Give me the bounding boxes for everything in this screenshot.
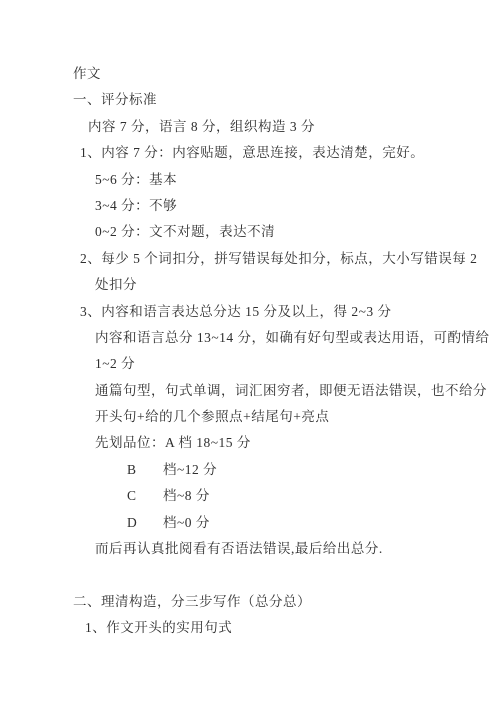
grade-row-b: B档~12 分 <box>73 457 460 483</box>
document-page: 作文 一、评分标准 内容 7 分，语言 8 分，组织构造 3 分 1、内容 7 … <box>0 0 500 708</box>
note-structure-formula: 开头句+给的几个参照点+结尾句+亮点 <box>95 404 460 430</box>
note-sentence-pattern: 通篇句型，句式单调，词汇困穷者，即便无语法错误，也不给分 <box>95 378 460 404</box>
grade-letter-b: B <box>127 457 163 483</box>
item1-text: 1、内容 7 分：内容贴题，意思连接，表达清楚，完好。 <box>80 140 460 166</box>
section1-closing: 而后再认真批阅看有否语法错误,最后给出总分. <box>95 536 460 562</box>
blank-line <box>73 562 460 588</box>
section2-heading: 二、理清构造，分三步写作（总分总） <box>73 589 460 615</box>
grade-text-c: 档~8 分 <box>163 488 210 503</box>
grade-text-d: 档~0 分 <box>163 515 210 530</box>
item1-band-1: 5~6 分：基本 <box>95 167 460 193</box>
grade-row-c: C档~8 分 <box>73 483 460 509</box>
item3-line-3: 1~2 分 <box>95 351 460 377</box>
grade-letter-c: C <box>127 483 163 509</box>
item2-line-1: 2、每少 5 个词扣分，拼写错误每处扣分，标点，大小写错误每 2 <box>80 246 460 272</box>
grade-row-d: D档~0 分 <box>73 510 460 536</box>
section1-heading: 一、评分标准 <box>73 87 460 113</box>
grade-letter-d: D <box>127 510 163 536</box>
document-title: 作文 <box>73 61 460 87</box>
item3-line-1: 3、内容和语言表达总分达 15 分及以上，得 2~3 分 <box>80 299 460 325</box>
item2-line-2: 处扣分 <box>95 272 460 298</box>
item1-band-3: 0~2 分：文不对题，表达不清 <box>95 219 460 245</box>
item3-line-2: 内容和语言总分 13~14 分，如确有好句型或表达用语，可酌情给 <box>95 325 460 351</box>
document-content: 作文 一、评分标准 内容 7 分，语言 8 分，组织构造 3 分 1、内容 7 … <box>73 61 460 642</box>
grade-intro: 先划品位：A 档 18~15 分 <box>95 430 460 456</box>
grade-text-b: 档~12 分 <box>163 462 217 477</box>
section2-item-1: 1、作文开头的实用句式 <box>85 615 460 641</box>
item1-band-2: 3~4 分：不够 <box>95 193 460 219</box>
score-summary: 内容 7 分，语言 8 分，组织构造 3 分 <box>88 114 460 140</box>
